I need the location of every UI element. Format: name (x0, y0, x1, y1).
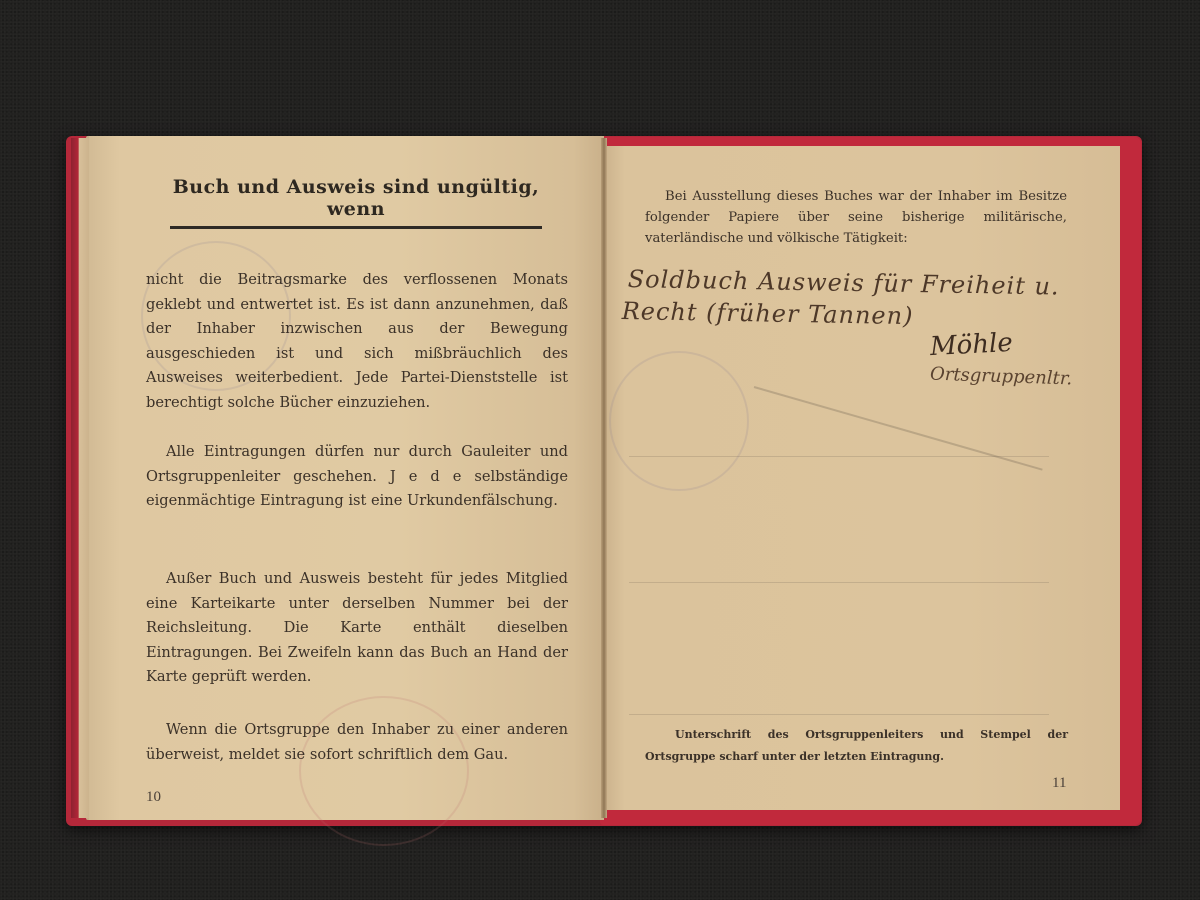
paragraph-card-index: Außer Buch und Ausweis besteht für jedes… (146, 567, 568, 690)
intro-text: Bei Ausstellung dieses Buches war der In… (645, 186, 1067, 249)
handwritten-entry-line2: Recht (früher Tannen) (621, 296, 961, 332)
paragraph-entries: Alle Eintragungen dürfen nur durch Gaule… (146, 440, 568, 514)
show-through-stroke (754, 386, 1043, 471)
page-number-left: 10 (146, 789, 161, 806)
footnote-text: Unterschrift des Ortsgruppenleiters und … (645, 724, 1068, 768)
show-through-rule (629, 582, 1049, 583)
paragraph-invalidity: nicht die Beitragsmarke des verflossenen… (146, 268, 568, 416)
book-gutter (601, 138, 607, 818)
page-heading: Buch und Ausweis sind ungültig, wenn (170, 176, 542, 229)
show-through-stamp (609, 351, 749, 491)
page-number-right: 11 (1052, 775, 1066, 792)
show-through-rule (629, 456, 1049, 457)
signature: Möhle (929, 328, 1013, 362)
paragraph-transfer: Wenn die Ortsgruppe den Inhaber zu einer… (146, 718, 568, 767)
show-through-rule (629, 714, 1049, 715)
footnote-signature-instruction: Unterschrift des Ortsgruppenleiters und … (645, 724, 1068, 768)
